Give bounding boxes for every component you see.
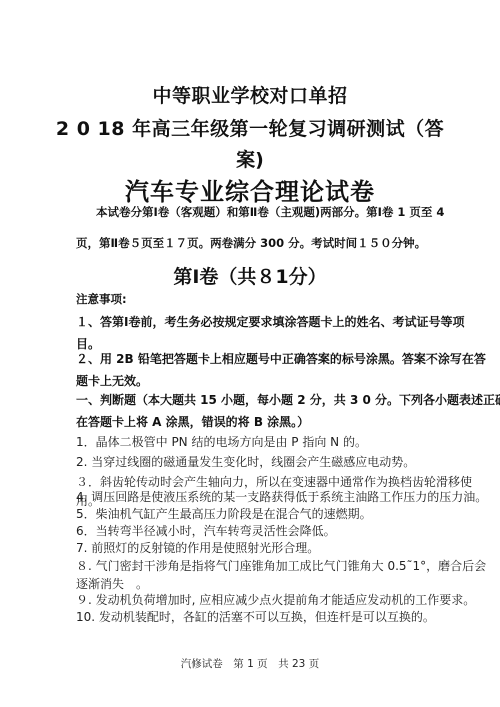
question-item: 2. 当穿过线圈的磁通量发生变化时，线圈会产生磁感应电动势。 bbox=[76, 453, 415, 470]
question-item: ９. 发动机负荷增加时, 应相应减少点火提前角才能适应发动机的工作要求。 bbox=[76, 591, 475, 608]
title-exam: 2 0 18 年高三年级第一轮复习调研测试（答 bbox=[0, 114, 500, 141]
intro-text: 本试卷分第Ⅰ卷（客观题）和第Ⅱ卷（主观题)两部分。第Ⅰ卷 1 页至 4 bbox=[96, 204, 444, 220]
question-item: ８. 气门密封干涉角是指将气门座锥角加工成比气门锥角大 0.5˜1°，磨合后会 bbox=[76, 557, 486, 574]
title-subject: 汽车专业综合理论试卷 bbox=[0, 172, 500, 207]
notes-heading: 注意事项: bbox=[76, 291, 127, 307]
question-item: 5．柴油机气缸产生最高压力阶段是在混合气的速燃期。 bbox=[76, 505, 372, 522]
question-item: 4. 调压回路是使液压系统的某一支路获得低于系统主油路工作压力的压力油。 bbox=[76, 488, 487, 505]
question-item: 7. 前照灯的反射镜的作用是使照射光形合理。 bbox=[76, 539, 319, 556]
section-title: 第Ⅰ卷（共８1分） bbox=[0, 262, 500, 289]
note-item: １、答第Ⅰ卷前，考生务必按规定要求填涂答题卡上的姓名、考试证号等项 bbox=[76, 313, 464, 330]
part-heading: 一、判断题（本大题共 15 小题，每小题 2 分，共 3 0 分。下列各小题表述… bbox=[76, 391, 500, 408]
question-item: 10. 发动机装配时，各缸的活塞不可以互换，但连杆是可以互换的。 bbox=[76, 608, 435, 625]
intro-text-cont: 页，第Ⅱ卷５页至１７页。两卷满分 300 分。考试时间１５０分钟。 bbox=[76, 235, 426, 251]
page-footer: 汽修试卷 第 1 页 共 23 页 bbox=[0, 656, 500, 671]
question-item: 1．晶体二极管中 PN 结的电场方向是由 P 指向 N 的。 bbox=[76, 433, 367, 450]
title-exam-cont: 案) bbox=[0, 145, 500, 172]
title-school: 中等职业学校对口单招 bbox=[0, 81, 500, 108]
question-item: 6．当转弯半径减小时，汽车转弯灵活性会降低。 bbox=[76, 522, 336, 539]
part-heading-cont: 在答题卡上将 A 涂黑，错误的将 B 涂黑。） bbox=[76, 413, 309, 430]
note-item-cont: 题卡上无效。 bbox=[76, 372, 148, 389]
note-item: ２、用 2B 铅笔把答题卡上相应题号中正确答案的标号涂黑。答案不涂写在答 bbox=[76, 350, 486, 367]
question-item-cont: 逐渐消失 。 bbox=[76, 575, 148, 592]
